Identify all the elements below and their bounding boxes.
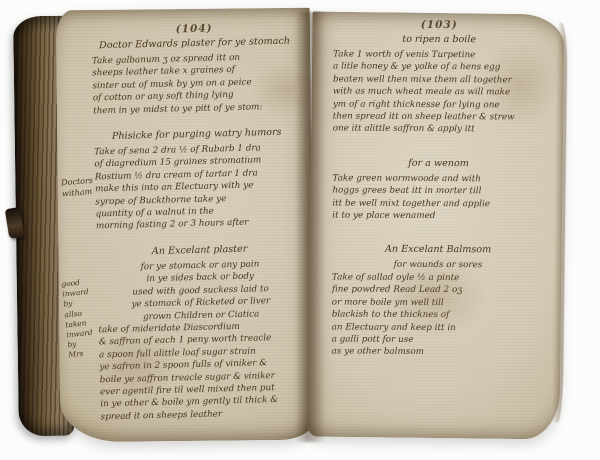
recipe-heading: to ripen a boile xyxy=(333,33,545,45)
recipe-line: hoggs grees beat itt in morter till xyxy=(332,185,544,199)
recipe-line: a litle honey & ye yolke of a hens egg xyxy=(333,61,545,75)
recipe-line: beaten well then mixe them all together xyxy=(333,73,545,87)
recipe-heading: Phisicke for purging watry humors xyxy=(94,126,300,142)
left-page-text: (104) Doctor Edwards plaster for ye stom… xyxy=(91,20,307,435)
recipe-heading: An Excelant Balmsom xyxy=(332,244,544,256)
recipe-heading: for a wenom xyxy=(333,157,545,169)
margin-line: Mrs xyxy=(68,348,95,361)
recipe-line: Take green wormwoode and with xyxy=(332,172,544,186)
recipe-section-excellent-plaster: An Excelant plaster for ye stomack or an… xyxy=(96,242,306,423)
recipe-heading: An Excelant plaster xyxy=(96,242,302,258)
recipe-heading: Doctor Edwards plaster for ye stomach xyxy=(91,35,297,51)
recipe-line: Take of sallad oyle ½ a pinte xyxy=(332,271,544,285)
recipe-line: itt be well mixt together and applie xyxy=(332,197,544,211)
page-gutter-shadow xyxy=(295,12,325,442)
recipe-section-venom: for a wenom Take green wormwoode and wit… xyxy=(332,157,544,223)
recipe-line: one itt alittle saffron & apply itt xyxy=(333,123,545,137)
torn-page-edge xyxy=(553,22,568,422)
recipe-section-ripen-boile: to ripen a boile Take 1 worth of venis T… xyxy=(333,33,546,136)
margin-note-author: Doctors witham xyxy=(61,175,94,199)
photo-background: Doctors witham good inward by allso take… xyxy=(0,0,600,460)
right-page: (103) to ripen a boile Take 1 worth of v… xyxy=(307,11,564,439)
right-page-number: (103) xyxy=(333,18,545,31)
recipe-line: fine powdred Read Lead 2 oʒ xyxy=(332,284,544,298)
recipe-line: blackish to the thicknes of xyxy=(332,309,544,323)
recipe-line: with as much wheat meale as will make xyxy=(333,86,545,100)
recipe-line: it to ye place wenamed xyxy=(332,210,544,224)
margin-line: witham xyxy=(62,186,94,200)
left-page-number: (104) xyxy=(91,20,297,37)
recipe-line: a galli pott for use xyxy=(332,333,544,347)
left-page: Doctors witham good inward by allso take… xyxy=(56,8,315,443)
recipe-line: then spread itt on sheep leather & strew xyxy=(333,111,545,125)
recipe-line: or more boile ym well till xyxy=(332,296,544,310)
margin-note-list: good inward by allso taken inward by Mrs xyxy=(61,277,95,361)
recipe-section-purging-physick: Phisicke for purging watry humors Take o… xyxy=(94,126,302,233)
recipe-section-balsam: An Excelant Balmsom for wounds or sores … xyxy=(332,244,545,359)
manuscript-book: Doctors witham good inward by allso take… xyxy=(0,0,600,460)
recipe-section-stomach-plaster: Doctor Edwards plaster for ye stomach Ta… xyxy=(91,35,299,117)
recipe-line: as ye other balmsom xyxy=(332,346,544,360)
right-page-text: (103) to ripen a boile Take 1 worth of v… xyxy=(331,18,545,371)
recipe-subheading-line: for wounds or sores xyxy=(332,259,544,273)
recipe-line: ym of a right thicknesse for lying one xyxy=(333,98,545,112)
recipe-line: an Electuary and keep itt in xyxy=(332,321,544,335)
recipe-line: Take 1 worth of venis Turpetine xyxy=(333,48,545,62)
